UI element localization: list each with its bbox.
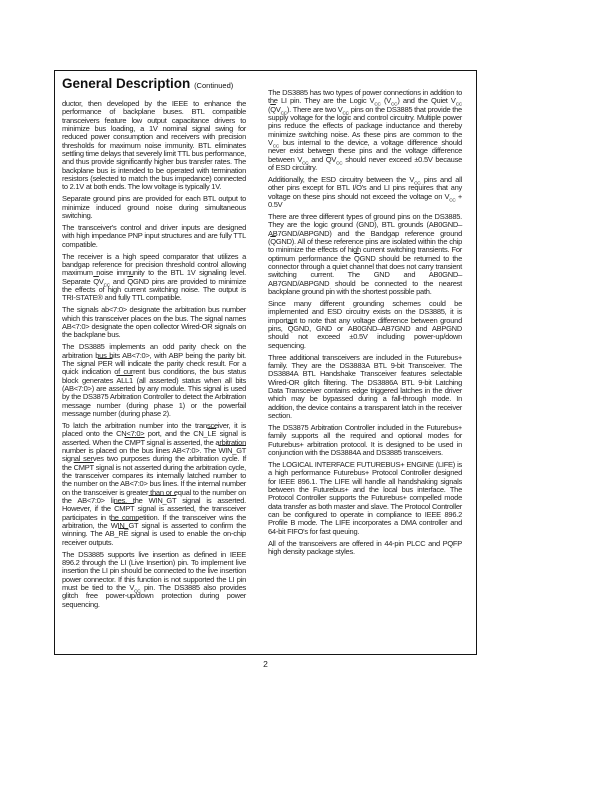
section-title-continued: (Continued) [194,81,233,90]
right-column: The DS3885 has two types of power connec… [268,89,462,556]
datasheet-page: General Description (Continued) ductor, … [0,0,612,792]
paragraph: The LOGICAL INTERFACE FUTUREBUS+ ENGINE … [268,461,462,536]
section-title: General Description (Continued) [62,76,233,91]
paragraph: The transceiver's control and driver inp… [62,224,246,249]
paragraph: The DS3875 Arbitration Controller includ… [268,424,462,457]
section-title-text: General Description [62,76,190,91]
paragraph: Separate ground pins are provided for ea… [62,195,246,220]
paragraph: Since many different grounding schemes c… [268,300,462,350]
paragraph: The DS3885 has two types of power connec… [268,89,462,172]
paragraph: All of the transceivers are offered in 4… [268,540,462,557]
content-border-box: General Description (Continued) ductor, … [54,70,477,655]
paragraph: The DS3885 supports live insertion as de… [62,551,246,609]
page-number: 2 [54,659,477,669]
paragraph: Additionally, the ESD circuitry between … [268,176,462,209]
paragraph: ductor, then developed by the IEEE to en… [62,100,246,192]
paragraph: The receiver is a high speed comparator … [62,253,246,303]
paragraph: The signals ab<7:0> designate the arbitr… [62,306,246,339]
left-column: ductor, then developed by the IEEE to en… [62,100,246,609]
paragraph: There are three different types of groun… [268,213,462,296]
paragraph: The DS3885 implements an odd parity chec… [62,343,246,418]
paragraph: To latch the arbitration number into the… [62,422,246,547]
paragraph: Three additional transceivers are includ… [268,354,462,421]
